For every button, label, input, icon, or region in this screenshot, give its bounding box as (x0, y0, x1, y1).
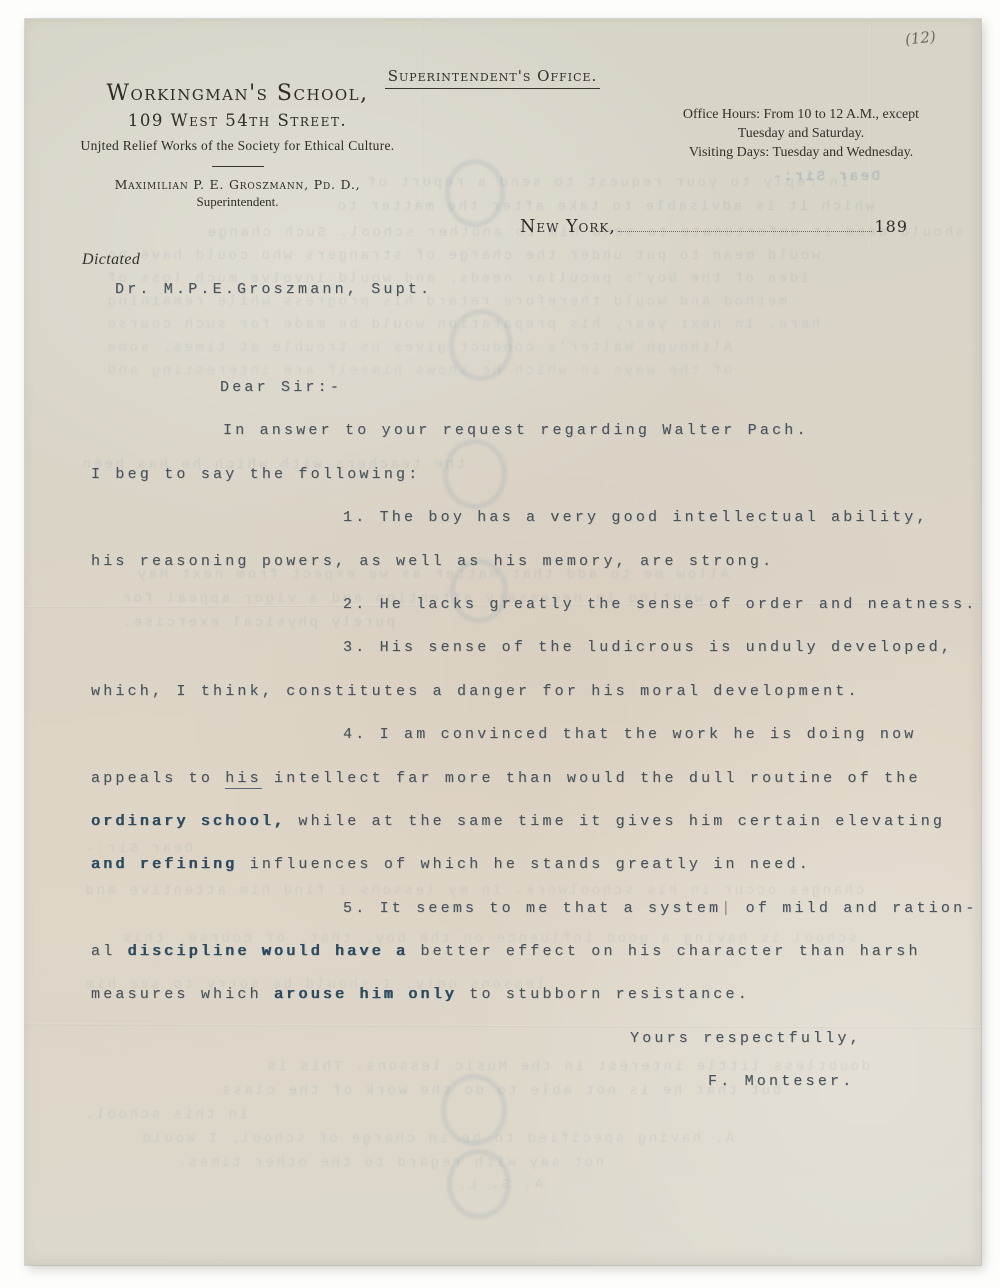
dateline-city: New York, (520, 217, 616, 237)
letter-text-segment: to stubborn resistance. (457, 986, 750, 1003)
bleedthrough-text: not say with regard to the other times. (175, 1155, 604, 1171)
letter-line: al discipline would have a better effect… (91, 930, 951, 973)
letter-line: his reasoning powers, as well as his mem… (91, 540, 951, 583)
letter-line: 2. He lacks greatly the sense of order a… (91, 583, 951, 626)
visiting-days: Visiting Days: Tuesday and Wednesday. (675, 143, 927, 162)
bleedthrough-text: which it is advisable to take after the … (335, 199, 874, 215)
page-number-annotation: (12) (904, 27, 937, 48)
dictated-note: Dictated (82, 251, 140, 269)
letter-text-segment: In answer to your request regarding Walt… (223, 422, 809, 439)
letter-text-segment: Dear Sir:- (220, 379, 342, 396)
letterhead-left-block: Workingman's School, 109 West 54th Stree… (70, 81, 405, 210)
letter-text-segment: 5. It seems to me that a system (343, 900, 721, 917)
office-title: Superintendent's Office. (385, 67, 600, 89)
letter-line: ordinary school, while at the same time … (91, 800, 951, 843)
letterhead-divider (212, 166, 264, 167)
superintendent-name: Maximilian P. E. Groszmann, Pd. D., (70, 177, 405, 192)
letter-text-segment: 3. His sense of the ludicrous is unduly … (343, 639, 953, 656)
letter-text-segment: 1. The boy has a very good intellectual … (343, 509, 929, 526)
office-hours-line1: Office Hours: From 10 to 12 A.M., except (675, 105, 927, 124)
ghost-ring (447, 1149, 511, 1219)
letter-line: which, I think, constitutes a danger for… (91, 670, 951, 713)
letter-line: In answer to your request regarding Walt… (91, 409, 951, 452)
letter-text-segment: which, I think, constitutes a danger for… (91, 683, 860, 700)
letter-text-segment: his (225, 770, 262, 789)
letter-line: measures which arouse him only to stubbo… (91, 973, 951, 1016)
letter-text-segment: 2. He lacks greatly the sense of order a… (343, 596, 977, 613)
letter-text-segment: discipline would have a (128, 943, 409, 960)
letter-line: and refining influences of which he stan… (91, 843, 951, 886)
letter-text-segment: appeals to (91, 770, 225, 787)
recipient-line: Dr. M.P.E.Groszmann, Supt. (115, 281, 432, 298)
letter-line: 4. I am convinced that the work he is do… (91, 713, 951, 756)
ghost-ring (445, 159, 505, 227)
letter-text-segment: his reasoning powers, as well as his mem… (91, 553, 774, 570)
letter-line: appeals to his intellect far more than w… (91, 757, 951, 800)
letter-line: I beg to say the following: (91, 453, 951, 496)
school-subtitle: Unjted Relief Works of the Society for E… (70, 138, 405, 154)
bleedthrough-text: A. having specified to be in charge of s… (140, 1131, 734, 1147)
office-hours-line2: Tuesday and Saturday. (675, 124, 927, 143)
letter-line: 5. It seems to me that a system| of mild… (91, 887, 951, 930)
dateline-leader (618, 230, 873, 232)
bleedthrough-text: would mean to put under the charge of st… (105, 248, 820, 264)
superintendent-title: Superintendent. (70, 194, 405, 210)
letter-text-segment: arouse him only (274, 986, 457, 1003)
scan-background: Dear Sir:-In reply to your request to se… (0, 0, 1000, 1288)
bleedthrough-text: in this school. (83, 1107, 248, 1123)
letter-text-segment: | (721, 900, 733, 917)
letter-text-segment: better effect on his character than hars… (408, 943, 920, 960)
bleedthrough-text: A. S. L. (455, 1177, 543, 1193)
letter-page: Dear Sir:-In reply to your request to se… (25, 19, 981, 1265)
letter-text-segment: while at the same time it gives him cert… (286, 813, 945, 830)
letter-text-segment: I beg to say the following: (91, 466, 420, 483)
letter-text-segment: of mild and ration- (733, 900, 977, 917)
dateline-year: 189 (874, 217, 908, 236)
bleedthrough-text: here. In next year, his preparation woul… (105, 317, 820, 333)
letter-line: 1. The boy has a very good intellectual … (91, 496, 951, 539)
school-name: Workingman's School, (70, 81, 405, 106)
letter-line: F. Monteser. (91, 1060, 951, 1103)
letter-text-segment: F. Monteser. (708, 1073, 854, 1090)
school-address: 109 West 54th Street. (70, 111, 405, 130)
bleedthrough-text: Dear Sir:- (770, 169, 880, 185)
letter-text-segment: al (91, 943, 128, 960)
letter-line: 3. His sense of the ludicrous is unduly … (91, 626, 951, 669)
letter-text-segment: measures which (91, 986, 274, 1003)
letter-text-segment: ordinary school, (91, 813, 286, 830)
letter-text-segment: and refining (91, 856, 237, 873)
letter-body: Dear Sir:-In answer to your request rega… (91, 366, 951, 1104)
letter-line: Yours respectfully, (91, 1017, 951, 1060)
bleedthrough-text: Although Walter's conduct gives us troub… (105, 340, 732, 356)
fold-crease (421, 19, 423, 219)
letter-text-segment: intellect far more than would the dull r… (262, 770, 921, 787)
dateline: New York, 189 (520, 217, 908, 237)
office-hours-block: Office Hours: From 10 to 12 A.M., except… (675, 105, 927, 162)
bleedthrough-text: In reply to your request to send a repor… (365, 175, 849, 191)
letter-text-segment: Yours respectfully, (630, 1030, 862, 1047)
letter-text-segment: 4. I am convinced that the work he is do… (343, 726, 916, 743)
letter-text-segment: influences of which he stands greatly in… (237, 856, 810, 873)
letter-line: Dear Sir:- (91, 366, 951, 409)
